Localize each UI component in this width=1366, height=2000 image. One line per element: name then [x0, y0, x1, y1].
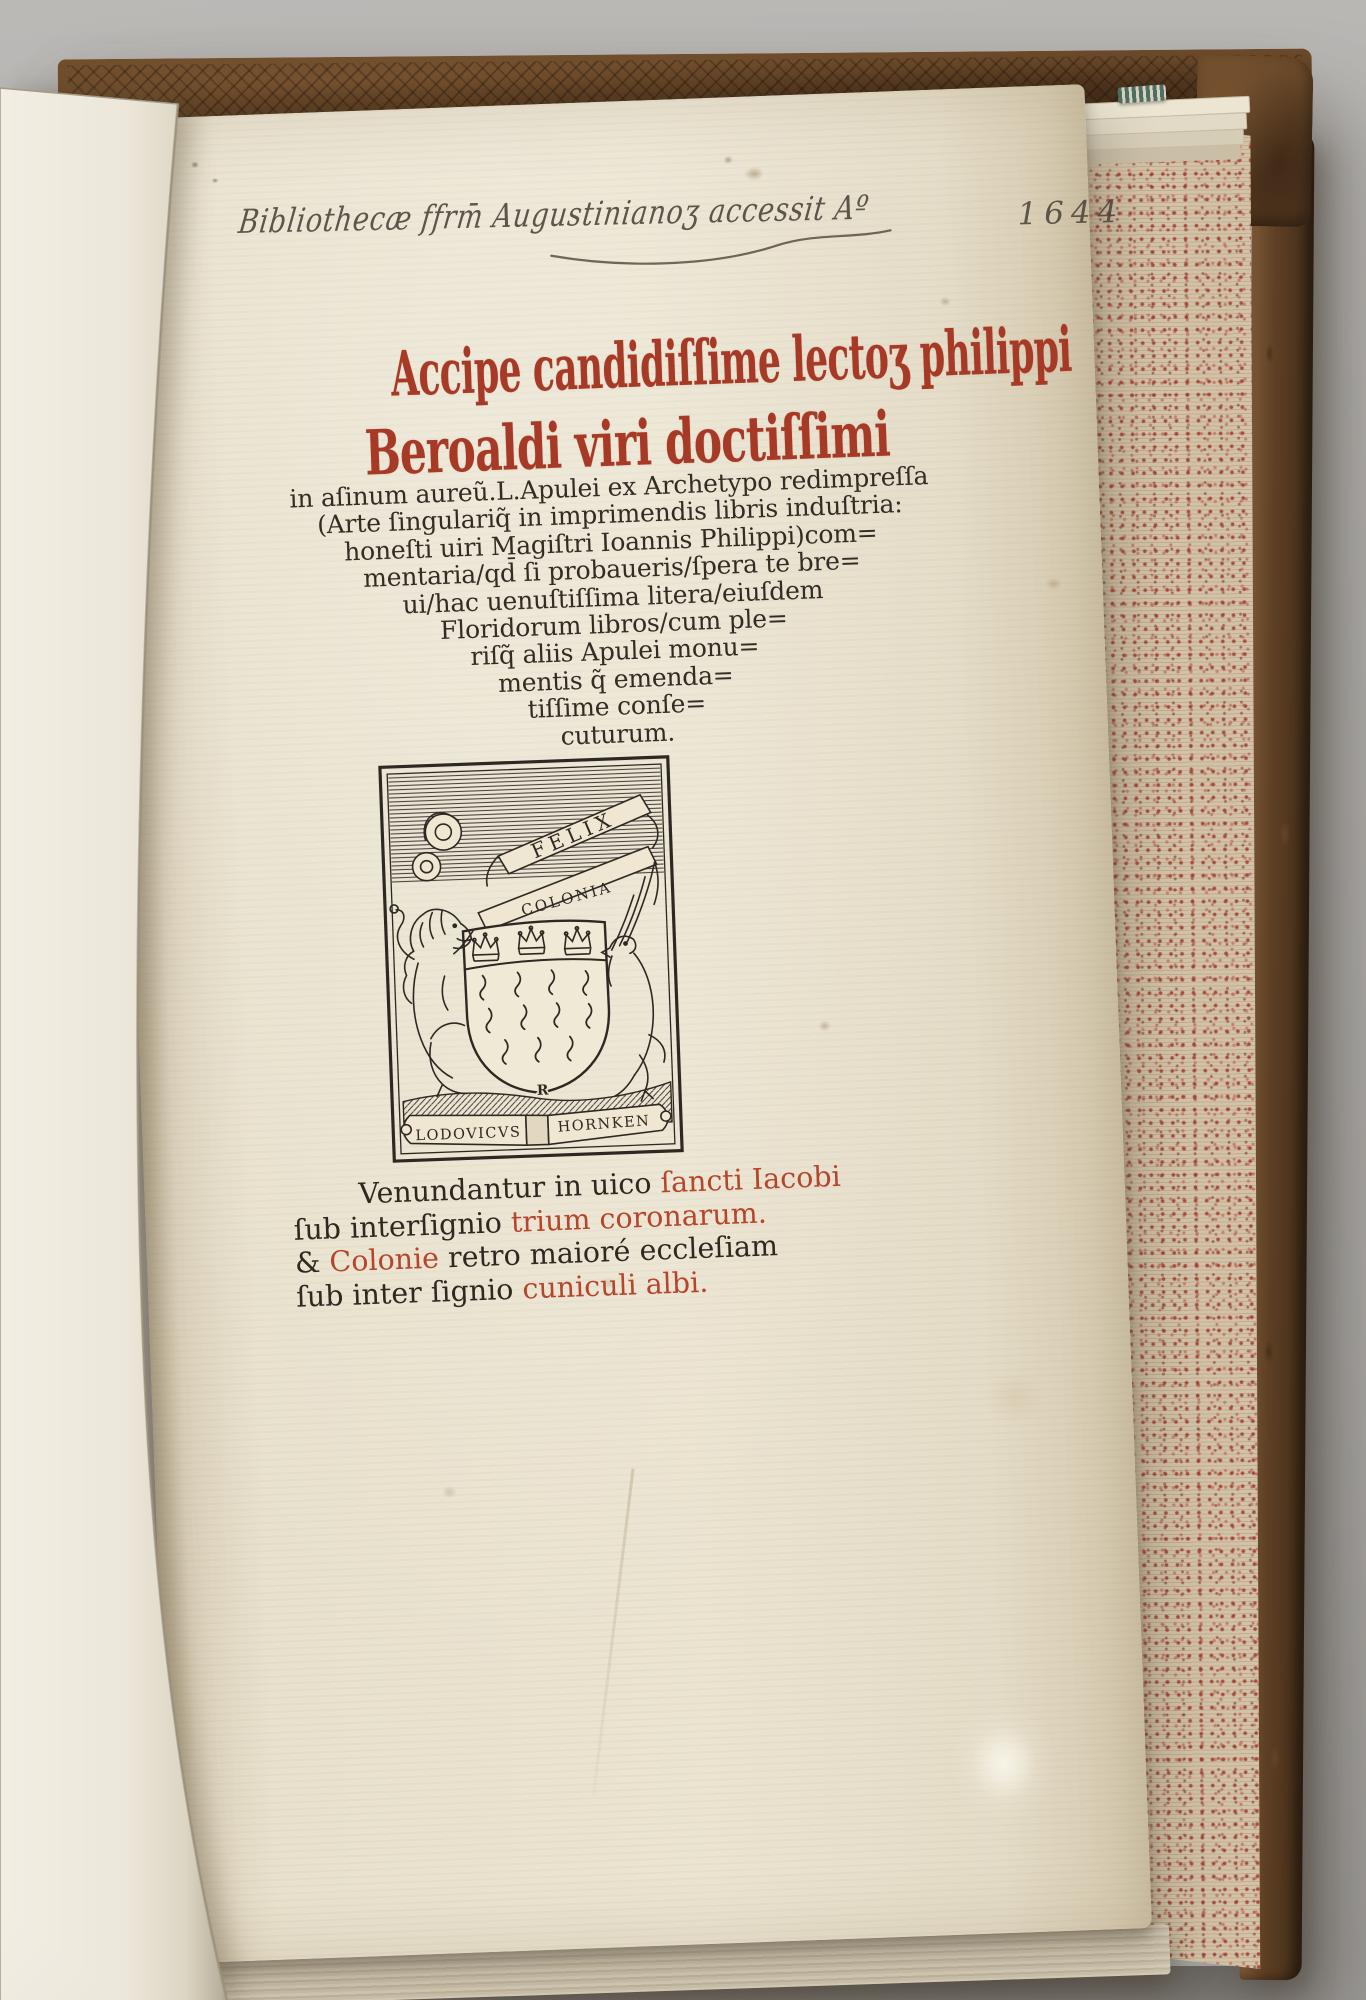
body-text-block: in aſinum aureũ.L.Apulei ex Archetypo re…	[109, 455, 1118, 766]
monogram-r: R	[537, 1082, 550, 1098]
printers-device-woodcut: FELIX COLONIA	[377, 754, 685, 1165]
title-page: Bibliothecæ ffrm̄ Augustinianoʒ accessit…	[105, 84, 1152, 1964]
photograph-scene: Bibliothecæ ffrm̄ Augustinianoʒ accessit…	[0, 0, 1366, 2000]
imprint-block: Venundantur in uico ſancti Iacobi ſub in…	[292, 1156, 936, 1314]
headband	[1118, 84, 1167, 103]
inscription-year: 1644	[1017, 194, 1125, 232]
flyleaf-curl	[0, 80, 240, 2000]
page-crease	[592, 1469, 635, 1797]
